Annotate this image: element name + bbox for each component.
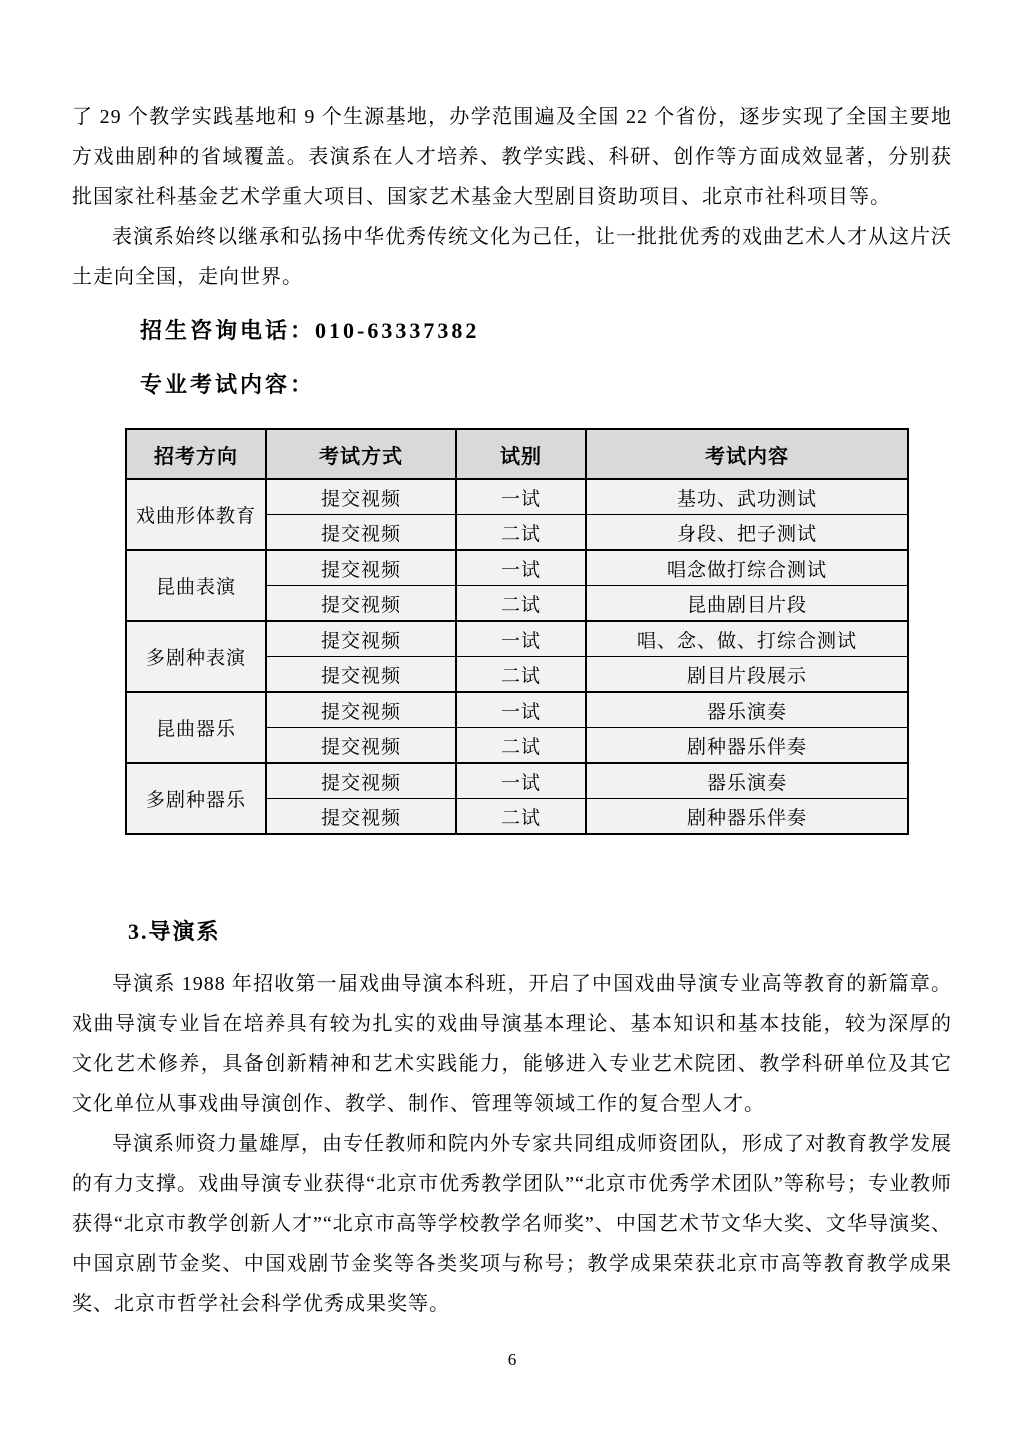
content-cell: 身段、把子测试 bbox=[586, 515, 908, 551]
content-cell: 器乐演奏 bbox=[586, 692, 908, 728]
table-header-row: 招考方向 考试方式 试别 考试内容 bbox=[126, 429, 908, 479]
content-cell: 基功、武功测试 bbox=[586, 479, 908, 515]
direction-cell: 多剧种器乐 bbox=[126, 763, 266, 834]
round-cell: 二试 bbox=[456, 515, 586, 551]
round-cell: 一试 bbox=[456, 479, 586, 515]
table-row: 昆曲器乐 提交视频 一试 器乐演奏 bbox=[126, 692, 908, 728]
paragraph-directing-intro: 导演系 1988 年招收第一届戏曲导演本科班，开启了中国戏曲导演专业高等教育的新… bbox=[72, 964, 952, 1124]
section-3-heading: 3.导演系 bbox=[128, 915, 952, 949]
content-cell: 器乐演奏 bbox=[586, 763, 908, 799]
round-cell: 一试 bbox=[456, 621, 586, 657]
table-row: 昆曲表演 提交视频 一试 唱念做打综合测试 bbox=[126, 550, 908, 586]
method-cell: 提交视频 bbox=[266, 763, 456, 799]
page-number: 6 bbox=[72, 1350, 952, 1370]
method-cell: 提交视频 bbox=[266, 657, 456, 693]
round-cell: 二试 bbox=[456, 586, 586, 622]
content-cell: 剧种器乐伴奏 bbox=[586, 728, 908, 764]
content-cell: 昆曲剧目片段 bbox=[586, 586, 908, 622]
admission-phone-line: 招生咨询电话：010-63337382 bbox=[140, 311, 952, 351]
method-cell: 提交视频 bbox=[266, 550, 456, 586]
method-cell: 提交视频 bbox=[266, 728, 456, 764]
table-row: 戏曲形体教育 提交视频 一试 基功、武功测试 bbox=[126, 479, 908, 515]
admission-phone-number: 010-63337382 bbox=[315, 318, 479, 343]
exam-content-table: 招考方向 考试方式 试别 考试内容 戏曲形体教育 提交视频 一试 基功、武功测试… bbox=[125, 428, 909, 835]
column-header-method: 考试方式 bbox=[266, 429, 456, 479]
round-cell: 一试 bbox=[456, 550, 586, 586]
content-cell: 唱念做打综合测试 bbox=[586, 550, 908, 586]
round-cell: 二试 bbox=[456, 799, 586, 835]
round-cell: 二试 bbox=[456, 657, 586, 693]
method-cell: 提交视频 bbox=[266, 479, 456, 515]
method-cell: 提交视频 bbox=[266, 799, 456, 835]
method-cell: 提交视频 bbox=[266, 586, 456, 622]
paragraph-performance-mission: 表演系始终以继承和弘扬中华优秀传统文化为己任，让一批批优秀的戏曲艺术人才从这片沃… bbox=[72, 217, 952, 297]
round-cell: 二试 bbox=[456, 728, 586, 764]
direction-cell: 昆曲器乐 bbox=[126, 692, 266, 763]
table-row: 多剧种器乐 提交视频 一试 器乐演奏 bbox=[126, 763, 908, 799]
direction-cell: 多剧种表演 bbox=[126, 621, 266, 692]
round-cell: 一试 bbox=[456, 692, 586, 728]
paragraph-practice-bases: 了 29 个教学实践基地和 9 个生源基地，办学范围遍及全国 22 个省份，逐步… bbox=[72, 0, 952, 217]
paragraph-directing-faculty: 导演系师资力量雄厚，由专任教师和院内外专家共同组成师资团队，形成了对教育教学发展… bbox=[72, 1124, 952, 1324]
content-cell: 剧目片段展示 bbox=[586, 657, 908, 693]
content-cell: 剧种器乐伴奏 bbox=[586, 799, 908, 835]
direction-cell: 戏曲形体教育 bbox=[126, 479, 266, 550]
column-header-content: 考试内容 bbox=[586, 429, 908, 479]
table-row: 多剧种表演 提交视频 一试 唱、念、做、打综合测试 bbox=[126, 621, 908, 657]
column-header-round: 试别 bbox=[456, 429, 586, 479]
round-cell: 一试 bbox=[456, 763, 586, 799]
direction-cell: 昆曲表演 bbox=[126, 550, 266, 621]
method-cell: 提交视频 bbox=[266, 515, 456, 551]
document-page: 了 29 个教学实践基地和 9 个生源基地，办学范围遍及全国 22 个省份，逐步… bbox=[0, 0, 1024, 1448]
admission-phone-label: 招生咨询电话： bbox=[140, 318, 315, 343]
column-header-direction: 招考方向 bbox=[126, 429, 266, 479]
content-cell: 唱、念、做、打综合测试 bbox=[586, 621, 908, 657]
method-cell: 提交视频 bbox=[266, 692, 456, 728]
method-cell: 提交视频 bbox=[266, 621, 456, 657]
exam-content-heading: 专业考试内容： bbox=[140, 365, 952, 405]
